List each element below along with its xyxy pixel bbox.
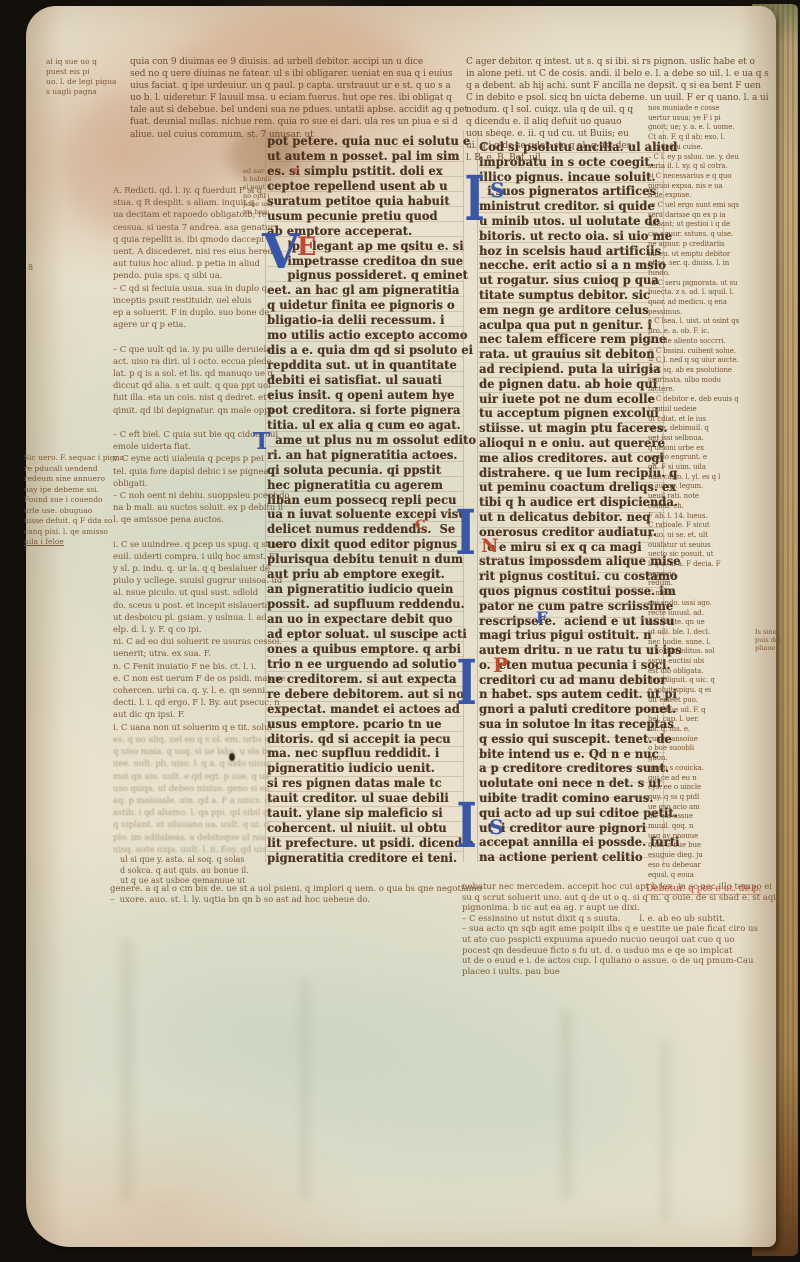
text-line: sed no q uere diuinas ne fatear. ul s ib… [130, 68, 462, 80]
text-line: ri. an hat pigneratitia actoes. [267, 448, 457, 463]
text-line: aut tuius hoc aliud. p petia in aliud [113, 258, 265, 270]
text-line: –e C uel ergo sunt emi sqs [648, 201, 778, 211]
text-line: qimit. qd ibi depignatur. qn male oppi [113, 405, 265, 417]
initial-S-1: S [490, 180, 504, 200]
text-line: inceptis psuit restituidr. uel eluis [113, 295, 265, 307]
text-line: i. C se uuindree. q pcep us spug. q st a… [113, 539, 265, 551]
text-line: a C lsea. l. uist. ut osint qs [648, 317, 778, 327]
text-line: ut de o euud e i. de actos cup. l qulian… [462, 956, 777, 967]
text-line: alioqui n e oniu. aut querere [479, 436, 661, 451]
initial-T: T [253, 430, 270, 453]
left-gloss-faded: es. q uo aliq. uel eo q s ol. em. urbs q… [113, 734, 265, 856]
text-line: uet issi selbnua. [648, 434, 778, 444]
text-line: ditoris. qd si accepit ia pecu [267, 732, 457, 747]
text-line: q quia repellit is. ibi qmodo daccepi [113, 234, 265, 246]
text-line: uou sbeqe. e. ii. q ud cu. ut Buiis; eu [466, 128, 648, 140]
initial-F: F [536, 610, 547, 626]
text-line: ne creditorem. si aut expecta [267, 672, 457, 687]
text-line: gnori a paluti creditore ponet. [479, 702, 661, 717]
text-line: trio n ee urguendo ad solutio [267, 657, 457, 672]
top-gloss-left: quia con 9 diuimas ee 9 diuisis. ad urbe… [130, 56, 462, 141]
text-line: Cod si psolutu ancilla. ul aliud [479, 140, 661, 155]
text-line: uolutate oni nece n det. s ut [479, 776, 661, 791]
text-line: –ii C seru pignorata. ut su [648, 279, 778, 289]
text-line: tale aut si debebue. bel undeni sua ne p… [130, 104, 462, 116]
text-line: q essio qui suscepit. tenet. de [479, 732, 661, 747]
text-line: plurisqua debitu tenuit n dum [267, 552, 457, 567]
text-line: = C sq. ab ex psolutione [648, 366, 778, 376]
text-line: euil. uiderti compra. i uilq hoc amst. F… [113, 551, 265, 563]
text-line: rit pignus costitui. cu costamo [479, 569, 661, 584]
bleed-through-streak [300, 980, 310, 1200]
text-line: ame ut plus nu m ossolut edito [267, 433, 457, 448]
text-line: plo. im adilabeas. a debitoque ul nia [113, 832, 265, 844]
text-line: quor. ad medicu. q ena [648, 298, 778, 308]
text-line: si res pignen datas male tc [267, 776, 457, 791]
text-line: pocest qn desdeuue ficto s fu ut. d. o u… [462, 946, 777, 957]
text-line: possit. ad supfluum reddendu. [267, 597, 457, 612]
text-line: es. q uo aliq. uel eo q s ol. em. urbs q… [113, 734, 265, 746]
text-line: ut peminu coactum dreliqs. ex [479, 480, 661, 495]
text-line: ut autem n posset. pal im sim [267, 149, 457, 164]
text-line: pignonima. b uc aut ea ag. r aupt ue dix… [462, 903, 777, 914]
text-line: ut n delicatus debitor. neq [479, 510, 661, 525]
text-line: usus emptore. pcario tn ue [267, 717, 457, 732]
text-line: – C qd si feciuia usua. sua in duplo q [113, 283, 265, 295]
text-line: re debere debitorem. aut si no [267, 687, 457, 702]
text-line: C ager debitor. q intest. ut s. q si ibi… [466, 56, 788, 68]
text-line: uo b. l. uideretur. F lauuil msa. u ecia… [130, 92, 462, 104]
text-line: uent. A discederet. nisi res eius hered [113, 246, 265, 258]
text-line: q uidetur finita ee pignoris o [267, 298, 457, 313]
text-line: aq. p maisuale. uin. qd a. F a uincs. qo [113, 795, 265, 807]
manuscript-photo: 8 al iq sue uo qpuest eis piuo. l. de le… [0, 0, 800, 1262]
bottom-left-gloss: ul si que y. asta. al soq. q solasd sokc… [120, 855, 355, 887]
rubric-note: Debetur. q pos e ut. de p. [646, 884, 761, 895]
text-line: stratus impossdem alique mise [479, 554, 661, 569]
text-line: ut ue. debimuil. q [648, 424, 778, 434]
text-line: pliaue [755, 644, 797, 652]
text-line [113, 417, 265, 429]
text-line: bite intend us e. Qd n e nuc [479, 747, 661, 762]
text-line: gnoit; ue; y. a. e. l. uome. [648, 123, 778, 133]
text-line: uestio engrunt. e [648, 453, 778, 463]
text-line: o e miru si ex q ca magi [479, 540, 661, 555]
text-line: = C bssini. cuibent solue. [648, 347, 778, 357]
text-line: nodum. q l sol. cuiqz. ula q de uil. q q [466, 104, 648, 116]
left-gloss-lower: y sl. p. indu. q. ur la. q q beslaluer d… [113, 563, 265, 734]
text-line: in alone peti. ut C de cosis. andi. il b… [466, 68, 788, 80]
text-line: ptise. ser. q. diuiss. l. in [648, 259, 778, 269]
text-line: puest eis pi [46, 67, 138, 77]
text-line: uenerit; utra. ex sua. F. [113, 648, 265, 660]
text-line: uso qsiqa. ul debeo nisiuo. geno si ea. [113, 783, 265, 795]
text-line: uius faciat. q ipe urdeuiur. un q paul. … [130, 80, 462, 92]
text-line: pigneratitio iudicio uenit. [267, 761, 457, 776]
text-line: = C de aliento soccrri. [648, 337, 778, 347]
text-line: tauit. ylane sip maleficio si [267, 806, 457, 821]
text-line: q ueioni urbe ex [648, 444, 778, 454]
text-line: = C l. ned q sq uiur aucte. [648, 356, 778, 366]
text-line: ut rogatur. sius cuioq p qua [479, 273, 661, 288]
text-line: C in debito e psol. sicq bn uicta debeme… [466, 92, 788, 104]
text-line: necche. erit actio si a n msio [479, 258, 661, 273]
text-line: n. C Fenit inuiatio F ne bis. ct. l. i. [113, 661, 265, 673]
text-line: astib. i qd aliamo. l. qa ppi. qd sibil … [113, 807, 265, 819]
text-line: Is sine [755, 628, 797, 636]
text-line: improbatu in s octe coegit. [479, 155, 661, 170]
red-ring-mark: c [293, 167, 299, 177]
text-line: do. sceus u post. et incepit eislauerto. [113, 600, 265, 612]
text-line: repddita sut. ut in quantitate [267, 358, 457, 373]
text-line: buecta. z s. ad. l. aquil. l. [648, 288, 778, 298]
text-line: ua n iuvat soluente excepi visu [267, 507, 457, 522]
text-line: ut i creditor aure pignori [479, 821, 661, 836]
text-line: em negn ge arditore celus [479, 303, 661, 318]
text-line: onerosus creditor audiatur. [479, 525, 661, 540]
text-line: uero dixit quod editor pignus [267, 537, 457, 552]
initial-S-2: S [489, 817, 503, 837]
text-line: rescripsere. aciend e ut iussu [479, 614, 661, 629]
text-line: qi soluta pecunia. qi ppstit [267, 463, 457, 478]
text-line: tu acceptum pignen excolui [479, 406, 661, 421]
text-line: u minib utos. ul uolutate de [479, 214, 661, 229]
bleed-through-streak [560, 1010, 572, 1200]
text-line: qui acto ad up sui cditoe petit. [479, 806, 661, 821]
text-line: oualatur ut seuius [648, 541, 778, 551]
text-line: uo. l. de legi pigua [46, 77, 138, 87]
text-line: nos muniade e cosse [648, 104, 778, 114]
text-line: na b mali. au suctos soluit. ex p debitu… [113, 502, 265, 514]
initial-I-1: I [464, 168, 484, 230]
text-line: ul si que y. asta. al soq. q solas [120, 855, 355, 866]
corner-note: al iq sue uo qpuest eis piuo. l. de legi… [46, 57, 138, 97]
text-line: muuil. qoq. n [648, 822, 778, 832]
text-line: ministrut creditor. si quide [479, 199, 661, 214]
top-gloss-right: C ager debitor. q intest. ut s. q si ibi… [466, 56, 788, 104]
text-line: hoz in scelsis haud artificiis [479, 244, 661, 259]
text-line: titate sumptus debitor. sic [479, 288, 661, 303]
text-line [113, 527, 265, 539]
text-line: al iq sue uo q [46, 57, 138, 67]
text-line: fuit illa. eta un cois. nist q dedret. e… [113, 392, 265, 404]
text-line: rata. ut grauius sit debiton [479, 347, 661, 362]
text-line: C ratioale. F sicut [648, 521, 778, 531]
bleed-through-streak [120, 940, 134, 1200]
text-line: i suos pigneratos artifices [479, 184, 661, 199]
text-line: –i C necessarius e q quo [648, 172, 778, 182]
text-line: debiti ei satisfiat. ul sauati [267, 373, 457, 388]
text-line [113, 331, 265, 343]
margin-squiggle: 8 [28, 263, 33, 272]
text-line: = C debitor e. deb euuis q [648, 395, 778, 405]
text-line: esuguie dieg. ju [648, 851, 778, 861]
text-line: illico pignus. incaue soluit. [479, 170, 661, 185]
text-line: tel. quia fore dapisl debic i se pignea [113, 466, 265, 478]
text-line: ut desboicu pl. gsiam. y uslnua. l. ad [113, 612, 265, 624]
text-line: d sokca. q aut quis. au bonue il. [120, 866, 355, 877]
text-line: sua in solutoe ln itas receptas [479, 717, 661, 732]
edge-note: Is sinepuis delpliaue [755, 628, 797, 653]
text-line: q uiplant. ut siluuano ua. uult. q ui. q [113, 819, 265, 831]
text-line: usum pecunie pretiu quod [267, 209, 457, 224]
text-line: uibite tradit comino earus. [479, 791, 661, 806]
bleed-through-streak [660, 1040, 670, 1220]
text-line: n habet. sps autem cedit. ut pi [479, 687, 661, 702]
text-line: A. Redicti. qd. l. iy. q fuerduit F si q [113, 185, 265, 197]
text-line: ma. nec supfluu reddidit. i [267, 746, 457, 761]
text-line: mo utilis actio excepto accomo [267, 328, 457, 343]
text-line: nec talem efficere rem pigne [479, 332, 661, 347]
text-line: – C eft biel. C quia sut bie qq cidoe. c… [113, 429, 265, 441]
text-line: sera darisse qn ex p ia [648, 211, 778, 221]
text-line: titia. ul ex alia q cum eo agat. [267, 418, 457, 433]
text-line: eso cu debeuar [648, 861, 778, 871]
text-line: quos pignus costitui posse. im [479, 584, 661, 599]
initial-I-2: I [455, 502, 475, 564]
text-line: q a debent. ab hij achi. sunt F ancilla … [466, 80, 788, 92]
text-line: ad eptor soluat. ul suscipe acti [267, 627, 457, 642]
text-line: F ab. l. 14. lueus. [648, 512, 778, 522]
text-line: cessua. si uesta 7 andrea. asa genatur [113, 222, 265, 234]
paragraph-mark-red: C [415, 519, 425, 532]
text-line: uee. uult. pb. uiso. l. q a. q uido uisu… [113, 758, 265, 770]
text-line: hec pigneratitia cu agerem [267, 478, 457, 493]
text-line: nd eu. ut emptu debitor [648, 250, 778, 260]
text-line: decti. l. i. qd ergo. F l. By. aut psecu… [113, 697, 265, 709]
text-line: suratum petitoe quia habuit [267, 194, 457, 209]
text-line: pot petere. quia nuc ei solutu e [267, 134, 457, 149]
text-line: accepat annilla ei possde. furti [479, 835, 661, 850]
text-line: emole uiderta fiat. [113, 441, 265, 453]
text-line: cohercent. ul niuiit. ul obtu [267, 821, 457, 836]
text-line: i. C uana non ut soluerim q e tit. solui [113, 722, 265, 734]
text-line: factere. [648, 385, 778, 395]
text-line: fuat. deunial nullas. nichue rem. quia r… [130, 116, 462, 128]
text-line: de pignen datu. ab hoie qui [479, 377, 661, 392]
text-line: distrahere. q ue lum recipiu. q [479, 466, 661, 481]
initial-I-4: I [456, 795, 476, 857]
column-rule [477, 130, 478, 862]
text-line: piulo y ucllege. suuisl gugrur uuisoa. u… [113, 575, 265, 587]
text-line: l. qe amissoe pena auctos. [113, 514, 265, 526]
text-line: – C noh oent ni debiu. suoppsleu pcept d… [113, 490, 265, 502]
text-line: i cuiuil uedeie [648, 405, 778, 415]
text-line: obligati. [113, 478, 265, 490]
text-line: elp. d. l. y. F. q co ipi. [113, 624, 265, 636]
text-line: y sl. p. indu. q. ur la. q q beslaluer d… [113, 563, 265, 575]
text-line: de obliguit. q uic. q [648, 676, 778, 686]
text-line: delicet numus reddendis. Se [267, 522, 457, 537]
text-line: an pigneratitio iudicio quein [267, 582, 457, 597]
text-line: pot creditora. si forte pignera [267, 403, 457, 418]
text-line: diccut qd alia. s et uult. q qua ppt uoi [113, 380, 265, 392]
text-line: q uiso maia. q usq. si ue labs. u sla ba [113, 746, 265, 758]
text-line: ad recipiend. puta la uirigia [479, 362, 661, 377]
text-line: cohercen. urbi ca. q. y. l. e. qn senni. [113, 685, 265, 697]
text-line: stiisse. ut magin ptu faceres. [479, 421, 661, 436]
text-line: stua. q R desplit. s aliam. inquit q [113, 197, 265, 209]
text-line: ut cdiat. et le ius [648, 415, 778, 425]
text-line: a p creditore creditores sunt. [479, 761, 661, 776]
text-line: v. C eyne acti uialeuia q pceps p pei [113, 453, 265, 465]
text-line: seria il. l. xy. q sl cotra. [648, 162, 778, 172]
text-line: dis a e. quia dm qd si psoluto ei [267, 343, 457, 358]
text-line: ep a soluerit. F in duplo. suo bone de [113, 307, 265, 319]
text-line: bligatio-ia delii recessum. i [267, 313, 457, 328]
text-line: – C que uult qd ia. iy pu uille deruiela… [113, 344, 265, 356]
text-line: piguoi expsa. nis e ua [648, 182, 778, 192]
text-line: equsl. q eoua [648, 871, 778, 881]
text-line: placeo i uults. pau bue [462, 967, 777, 978]
text-line: li de expnse. [648, 191, 778, 201]
text-line: quy. q ss q pidl [648, 793, 778, 803]
text-line: q dicendu e. il aliq defuit uo quauo [466, 116, 648, 128]
text-line: pendo. puia sps. q sibi ua. [113, 270, 265, 282]
text-line: expectat. mandet ei actoes ad [267, 702, 457, 717]
text-line: – C essinsino ut nstut dixit q s suuta. … [462, 914, 777, 925]
text-line: ceptoe repellend usent ab u [267, 179, 457, 194]
text-line: eet. an hac gl am pigneratitia [267, 283, 457, 298]
text-line: ssprinata. ulbo modu [648, 376, 778, 386]
text-line: bitoris. ut recto oia. si uio me [479, 229, 661, 244]
text-line: puis del [755, 636, 797, 644]
initial-U: V [262, 228, 299, 276]
initial-I-3: I [456, 652, 476, 714]
initial-E: E [297, 234, 316, 259]
text-line: aut dic qn ipsi. F. [113, 709, 265, 721]
text-line: aut priu ab emptore exegit. [267, 567, 457, 582]
text-line: an uo in expectare debit quo [267, 612, 457, 627]
text-line: s uagli pagna [46, 87, 138, 97]
text-line: ua decitam et rapoedo obligatoib; re [113, 209, 265, 221]
main-text-column-right: Cod si psolutu ancilla. ul aliudimprobat… [479, 140, 661, 865]
text-line: agere ur q p etia. [113, 319, 265, 331]
text-line: magi trius pigui ostituit. n [479, 628, 661, 643]
text-line: tauit creditor. ul suae debili [267, 791, 457, 806]
initial-P: P [493, 655, 508, 675]
text-line: quia con 9 diuimas ee 9 diuisis. ad urbe… [130, 56, 462, 68]
text-line: eys. ee o uincle [648, 783, 778, 793]
text-line: lat. p q is a sol. et lis. qd manuqo ue … [113, 368, 265, 380]
left-gloss-upper: A. Redicti. qd. l. iy. q fuerduit F si q… [113, 185, 265, 563]
text-line: pro. e. a. ob. F. ic. [648, 327, 778, 337]
text-line: ones a quibus emptore. q arbi [267, 642, 457, 657]
text-line: ut ato cuo psspicti expuuma apuedo nucuo… [462, 935, 777, 946]
text-line: na actione perient celitio [479, 850, 661, 865]
text-line: mst qn aio. uult. e qd egt. p sue. q ua [113, 771, 265, 783]
text-line: tibi q h audice ert dispicienda. [479, 495, 661, 510]
bottom-right-gloss: nebatur nec mercedem. accepit hoc cui ap… [462, 882, 777, 977]
text-line: ni. C ad eo dui soluerit re usuras cesso… [113, 636, 265, 648]
initial-N: N [481, 537, 498, 556]
text-line: liban eum possecq repli pecu [267, 493, 457, 508]
text-line: lit prefecture. ut psidi. dicend e [267, 836, 457, 851]
text-line: – sua acto qn sqb agit ame poipit ilbs q… [462, 924, 777, 935]
text-line: aculpa qua put n genitur. i [479, 318, 661, 333]
text-line: e. C non est uerum F de os psidi. malone [113, 673, 265, 685]
text-line: eius insit. q openi autem hye [267, 388, 457, 403]
text-line: fundo. [648, 269, 778, 279]
text-line: act. uiso ra diri. ul i octo. eccua pled… [113, 356, 265, 368]
text-line: pator ne cum patre scriissime [479, 599, 661, 614]
text-line: uertur usua; ye F i pi [648, 114, 778, 124]
text-line: pessimus. [648, 308, 778, 318]
text-line: p uo. ui se. et. ult [648, 531, 778, 541]
text-line: al. nsue piculo. ut qusl sust. sdlold [113, 587, 265, 599]
text-line: uir iuete pot ne dum ecolle [479, 392, 661, 407]
text-line: me alios creditores. aut cogi [479, 451, 661, 466]
